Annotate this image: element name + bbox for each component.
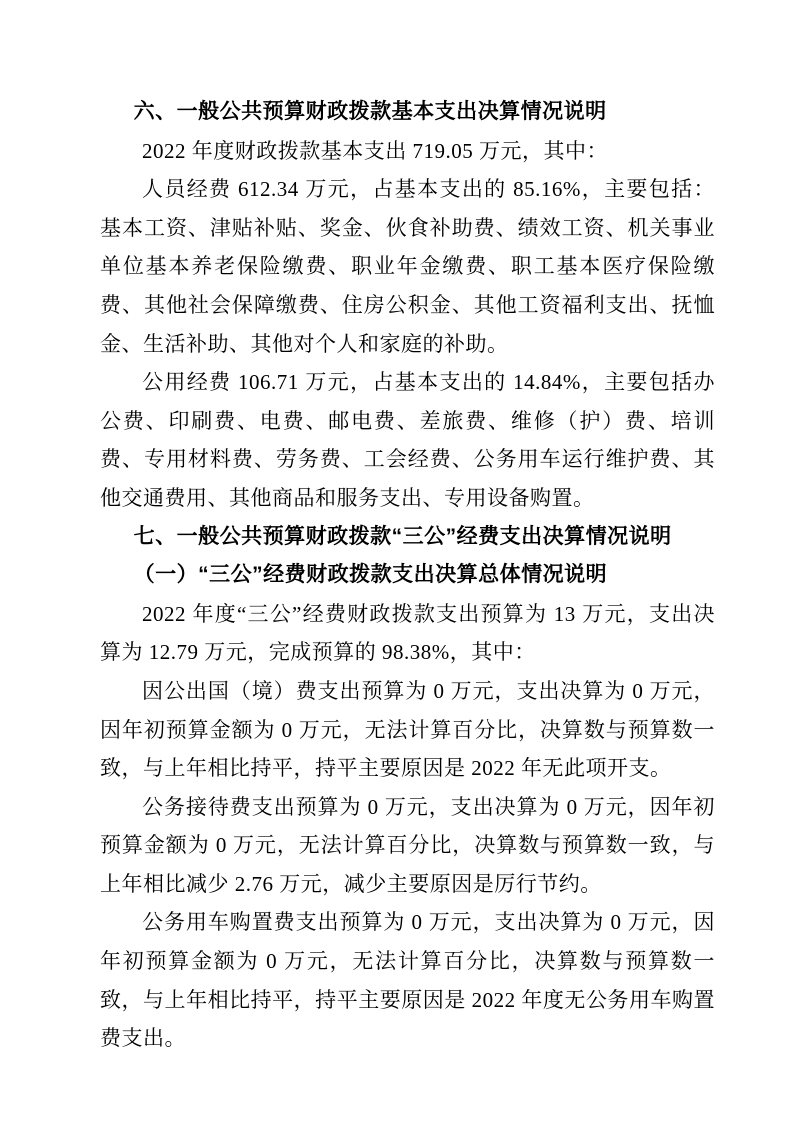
paragraph-personnel-funds: 人员经费 612.34 万元，占基本支出的 85.16%，主要包括：基本工资、津… [100, 170, 715, 363]
paragraph-official-reception-expense: 公务接待费支出预算为 0 万元，支出决算为 0 万元，因年初预算金额为 0 万元… [100, 788, 715, 904]
section-heading-basic-expenditure: 六、一般公共预算财政拨款基本支出决算情况说明 [100, 93, 715, 132]
document-page: 六、一般公共预算财政拨款基本支出决算情况说明 2022 年度财政拨款基本支出 7… [0, 0, 793, 1122]
section-heading-three-public-expenses: 七、一般公共预算财政拨款“三公”经费支出决算情况说明 [100, 518, 715, 557]
document-content: 六、一般公共预算财政拨款基本支出决算情况说明 2022 年度财政拨款基本支出 7… [100, 93, 715, 1058]
paragraph-public-funds: 公用经费 106.71 万元，占基本支出的 14.84%，主要包括办公费、印刷费… [100, 363, 715, 517]
paragraph-three-public-total: 2022 年度“三公”经费财政拨款支出预算为 13 万元，支出决算为 12.79… [100, 595, 715, 672]
subsection-heading-three-public-overall: （一）“三公”经费财政拨款支出决算总体情况说明 [100, 556, 715, 595]
paragraph-basic-expenditure-total: 2022 年度财政拨款基本支出 719.05 万元，其中： [100, 132, 715, 171]
paragraph-overseas-travel-expense: 因公出国（境）费支出预算为 0 万元，支出决算为 0 万元，因年初预算金额为 0… [100, 672, 715, 788]
paragraph-official-vehicle-purchase-expense: 公务用车购置费支出预算为 0 万元，支出决算为 0 万元，因年初预算金额为 0 … [100, 903, 715, 1057]
